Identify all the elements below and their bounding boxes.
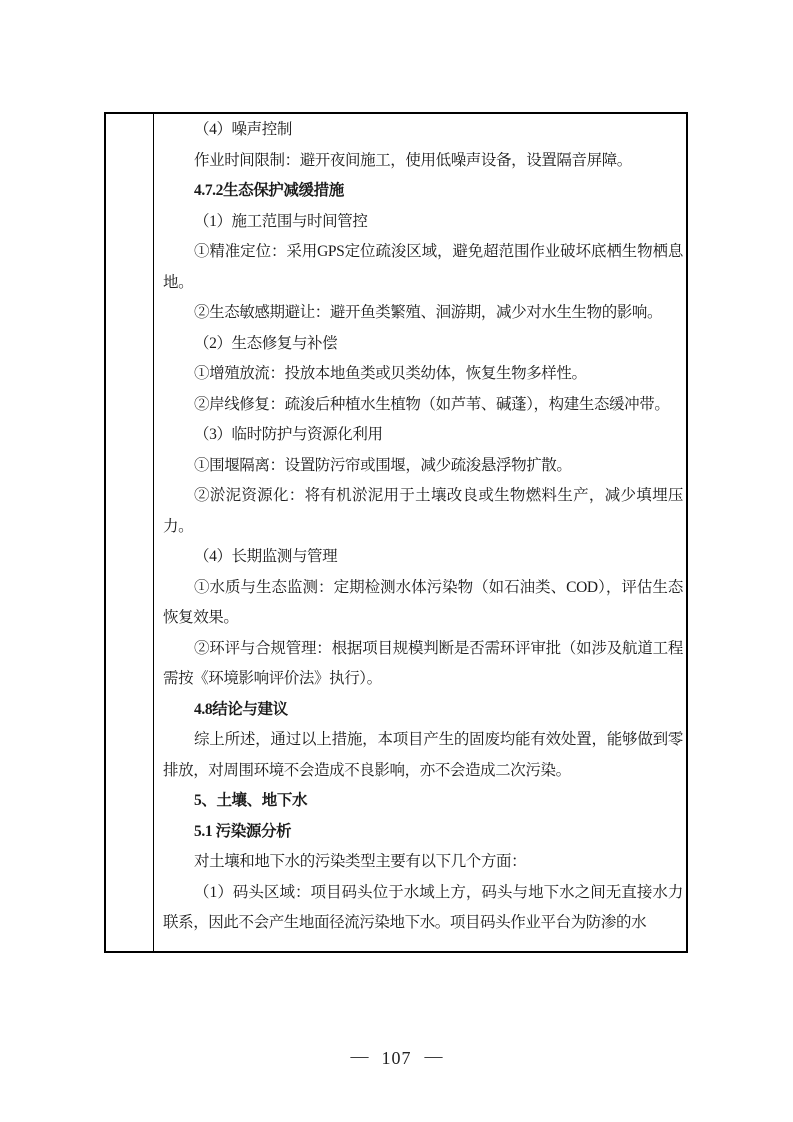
paragraph-cofferdam-isolation: ①围堰隔离：设置防污帘或围堰，减少疏浚悬浮物扩散。	[163, 451, 683, 482]
section-heading-4-7-2: 4.7.2生态保护减缓措施	[163, 176, 683, 207]
paragraph-noise-control: （4）噪声控制	[163, 115, 683, 146]
paragraph-work-time-limit: 作业时间限制：避开夜间施工，使用低噪声设备，设置隔音屏障。	[163, 146, 683, 177]
section-heading-4-8: 4.8结论与建议	[163, 695, 683, 726]
paragraph-stock-enhancement: ①增殖放流：投放本地鱼类或贝类幼体，恢复生物多样性。	[163, 359, 683, 390]
paragraph-scope-time-control: （1）施工范围与时间管控	[163, 207, 683, 238]
section-heading-5: 5、土壤、地下水	[163, 786, 683, 817]
paragraph-conclusion: 综上所述，通过以上措施，本项目产生的固废均能有效处置，能够做到零排放，对周围环境…	[163, 725, 683, 786]
section-heading-5-1: 5.1 污染源分析	[163, 817, 683, 848]
paragraph-pollution-types-intro: 对土壤和地下水的污染类型主要有以下几个方面：	[163, 847, 683, 878]
footer-dash-left: —	[351, 1046, 369, 1066]
paragraph-wharf-area: （1）码头区域：项目码头位于水域上方，码头与地下水之间无直接水力联系，因此不会产…	[163, 878, 683, 939]
paragraph-shoreline-repair: ②岸线修复：疏浚后种植水生植物（如芦苇、碱蓬），构建生态缓冲带。	[163, 390, 683, 421]
paragraph-longterm-monitoring: （4）长期监测与管理	[163, 542, 683, 573]
table-stub-column	[106, 114, 154, 951]
page-footer: —107—	[0, 1048, 793, 1069]
page-number: 107	[382, 1048, 412, 1068]
paragraph-eia-compliance: ②环评与合规管理：根据项目规模判断是否需环评审批（如涉及航道工程需按《环境影响评…	[163, 634, 683, 695]
table-body-cell: （4）噪声控制 作业时间限制：避开夜间施工，使用低噪声设备，设置隔音屏障。 4.…	[154, 114, 686, 951]
paragraph-water-quality-monitoring: ①水质与生态监测：定期检测水体污染物（如石油类、COD），评估生态恢复效果。	[163, 573, 683, 634]
document-table: （4）噪声控制 作业时间限制：避开夜间施工，使用低噪声设备，设置隔音屏障。 4.…	[104, 112, 688, 953]
paragraph-temporary-protection: （3）临时防护与资源化利用	[163, 420, 683, 451]
footer-dash-right: —	[425, 1046, 443, 1066]
paragraph-precise-positioning: ①精准定位：采用GPS定位疏浚区域，避免超范围作业破坏底栖生物栖息地。	[163, 237, 683, 298]
paragraph-sludge-resource: ②淤泥资源化：将有机淤泥用于土壤改良或生物燃料生产，减少填埋压力。	[163, 481, 683, 542]
paragraph-sensitive-period: ②生态敏感期避让：避开鱼类繁殖、洄游期，减少对水生生物的影响。	[163, 298, 683, 329]
paragraph-eco-restoration: （2）生态修复与补偿	[163, 329, 683, 360]
